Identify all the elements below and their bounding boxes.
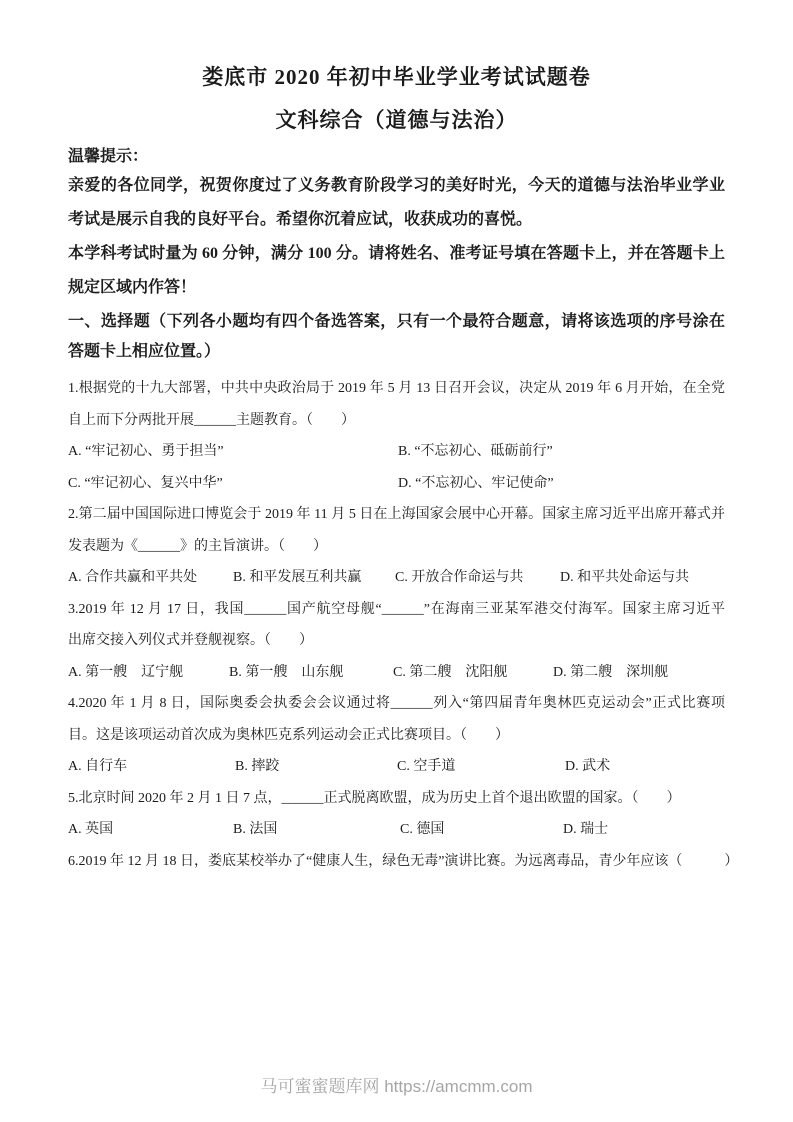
section-heading-line: 答题卡上相应位置。）	[68, 337, 725, 367]
page-subtitle: 文科综合（道德与法治）	[68, 105, 725, 135]
option-c: C. 空手道	[397, 751, 455, 783]
option-a: A. 自行车	[68, 751, 127, 783]
question-text-line: 3.2019 年 12 月 17 日，我国______国产航空母舰“______…	[68, 594, 725, 626]
exam-paper-content: 娄底市 2020 年初中毕业学业考试试题卷 文科综合（道德与法治） 温馨提示： …	[68, 62, 725, 877]
option-b: B. 和平发展互利共赢	[233, 562, 361, 594]
question-6: 6.2019 年 12 月 18 日，娄底某校举办了“健康人生，绿色无毒”演讲比…	[68, 846, 725, 878]
footer-watermark: 马可蜜蜜题库网 https://amcmm.com	[0, 1072, 793, 1097]
notice-line: 考试是展示自我的良好平台。希望你沉着应试，收获成功的喜悦。	[68, 203, 725, 237]
option-row: A. 自行车 B. 摔跤 C. 空手道 D. 武术	[68, 751, 725, 783]
question-text-line: 1.根据党的十九大部署，中共中央政治局于 2019 年 5 月 13 日召开会议…	[68, 373, 725, 405]
exam-info-line: 本学科考试时量为 60 分钟，满分 100 分。请将姓名、准考证号填在答题卡上，…	[68, 237, 725, 271]
question-text-line: 目。这是该项运动首次成为奥林匹克系列运动会正式比赛项目。（ ）	[68, 720, 725, 752]
exam-paper-page: 娄底市 2020 年初中毕业学业考试试题卷 文科综合（道德与法治） 温馨提示： …	[0, 0, 793, 1122]
section-heading: 一、选择题（下列各小题均有四个备选答案，只有一个最符合题意，请将该选项的序号涂在…	[68, 307, 725, 367]
option-c: C. 开放合作命运与共	[395, 562, 523, 594]
option-a: A. 英国	[68, 814, 113, 846]
question-text-line: 出席交接入列仪式并登舰视察。（ ）	[68, 625, 725, 657]
option-b: B. 法国	[233, 814, 277, 846]
question-1: 1.根据党的十九大部署，中共中央政治局于 2019 年 5 月 13 日召开会议…	[68, 373, 725, 499]
option-a: A. “牢记初心、勇于担当”	[68, 436, 224, 468]
question-2: 2.第二届中国国际进口博览会于 2019 年 11 月 5 日在上海国家会展中心…	[68, 499, 725, 594]
option-d: D. “不忘初心、牢记使命”	[398, 468, 554, 500]
option-b: B. 摔跤	[235, 751, 279, 783]
question-list: 1.根据党的十九大部署，中共中央政治局于 2019 年 5 月 13 日召开会议…	[68, 373, 725, 877]
option-d: D. 武术	[565, 751, 610, 783]
notice-paragraphs: 亲爱的各位同学，祝贺你度过了义务教育阶段学习的美好时光，今天的道德与法治毕业学业…	[68, 169, 725, 305]
option-row: A. 第一艘 辽宁舰 B. 第一艘 山东舰 C. 第二艘 沈阳舰 D. 第二艘 …	[68, 657, 725, 689]
question-text-line: 5.北京时间 2020 年 2 月 1 日 7 点，______正式脱离欧盟，成…	[68, 783, 725, 815]
option-c: C. 第二艘 沈阳舰	[393, 657, 507, 689]
question-text-line: 6.2019 年 12 月 18 日，娄底某校举办了“健康人生，绿色无毒”演讲比…	[68, 846, 725, 878]
question-5: 5.北京时间 2020 年 2 月 1 日 7 点，______正式脱离欧盟，成…	[68, 783, 725, 846]
question-text-line: 4.2020 年 1 月 8 日，国际奥委会执委会会议通过将______列入“第…	[68, 688, 725, 720]
page-title: 娄底市 2020 年初中毕业学业考试试题卷	[68, 62, 725, 92]
notice-heading: 温馨提示：	[68, 145, 725, 169]
option-row: A. “牢记初心、勇于担当” B. “不忘初心、砥砺前行”	[68, 436, 725, 468]
option-d: D. 第二艘 深圳舰	[553, 657, 668, 689]
option-c: C. “牢记初心、复兴中华”	[68, 468, 223, 500]
option-d: D. 和平共处命运与共	[560, 562, 689, 594]
section-heading-line: 一、选择题（下列各小题均有四个备选答案，只有一个最符合题意，请将该选项的序号涂在	[68, 307, 725, 337]
option-a: A. 第一艘 辽宁舰	[68, 657, 183, 689]
question-text-line: 发表题为《______》的主旨演讲。（ ）	[68, 531, 725, 563]
question-3: 3.2019 年 12 月 17 日，我国______国产航空母舰“______…	[68, 594, 725, 689]
option-c: C. 德国	[400, 814, 444, 846]
option-a: A. 合作共赢和平共处	[68, 562, 197, 594]
option-row: A. 英国 B. 法国 C. 德国 D. 瑞士	[68, 814, 725, 846]
option-b: B. 第一艘 山东舰	[229, 657, 343, 689]
exam-info-line: 规定区域内作答！	[68, 271, 725, 305]
question-4: 4.2020 年 1 月 8 日，国际奥委会执委会会议通过将______列入“第…	[68, 688, 725, 783]
option-b: B. “不忘初心、砥砺前行”	[398, 436, 553, 468]
notice-line: 亲爱的各位同学，祝贺你度过了义务教育阶段学习的美好时光，今天的道德与法治毕业学业	[68, 169, 725, 203]
question-text-line: 2.第二届中国国际进口博览会于 2019 年 11 月 5 日在上海国家会展中心…	[68, 499, 725, 531]
option-row: A. 合作共赢和平共处 B. 和平发展互利共赢 C. 开放合作命运与共 D. 和…	[68, 562, 725, 594]
option-row: C. “牢记初心、复兴中华” D. “不忘初心、牢记使命”	[68, 468, 725, 500]
question-text-line: 自上而下分两批开展______主题教育。（ ）	[68, 405, 725, 437]
option-d: D. 瑞士	[563, 814, 608, 846]
